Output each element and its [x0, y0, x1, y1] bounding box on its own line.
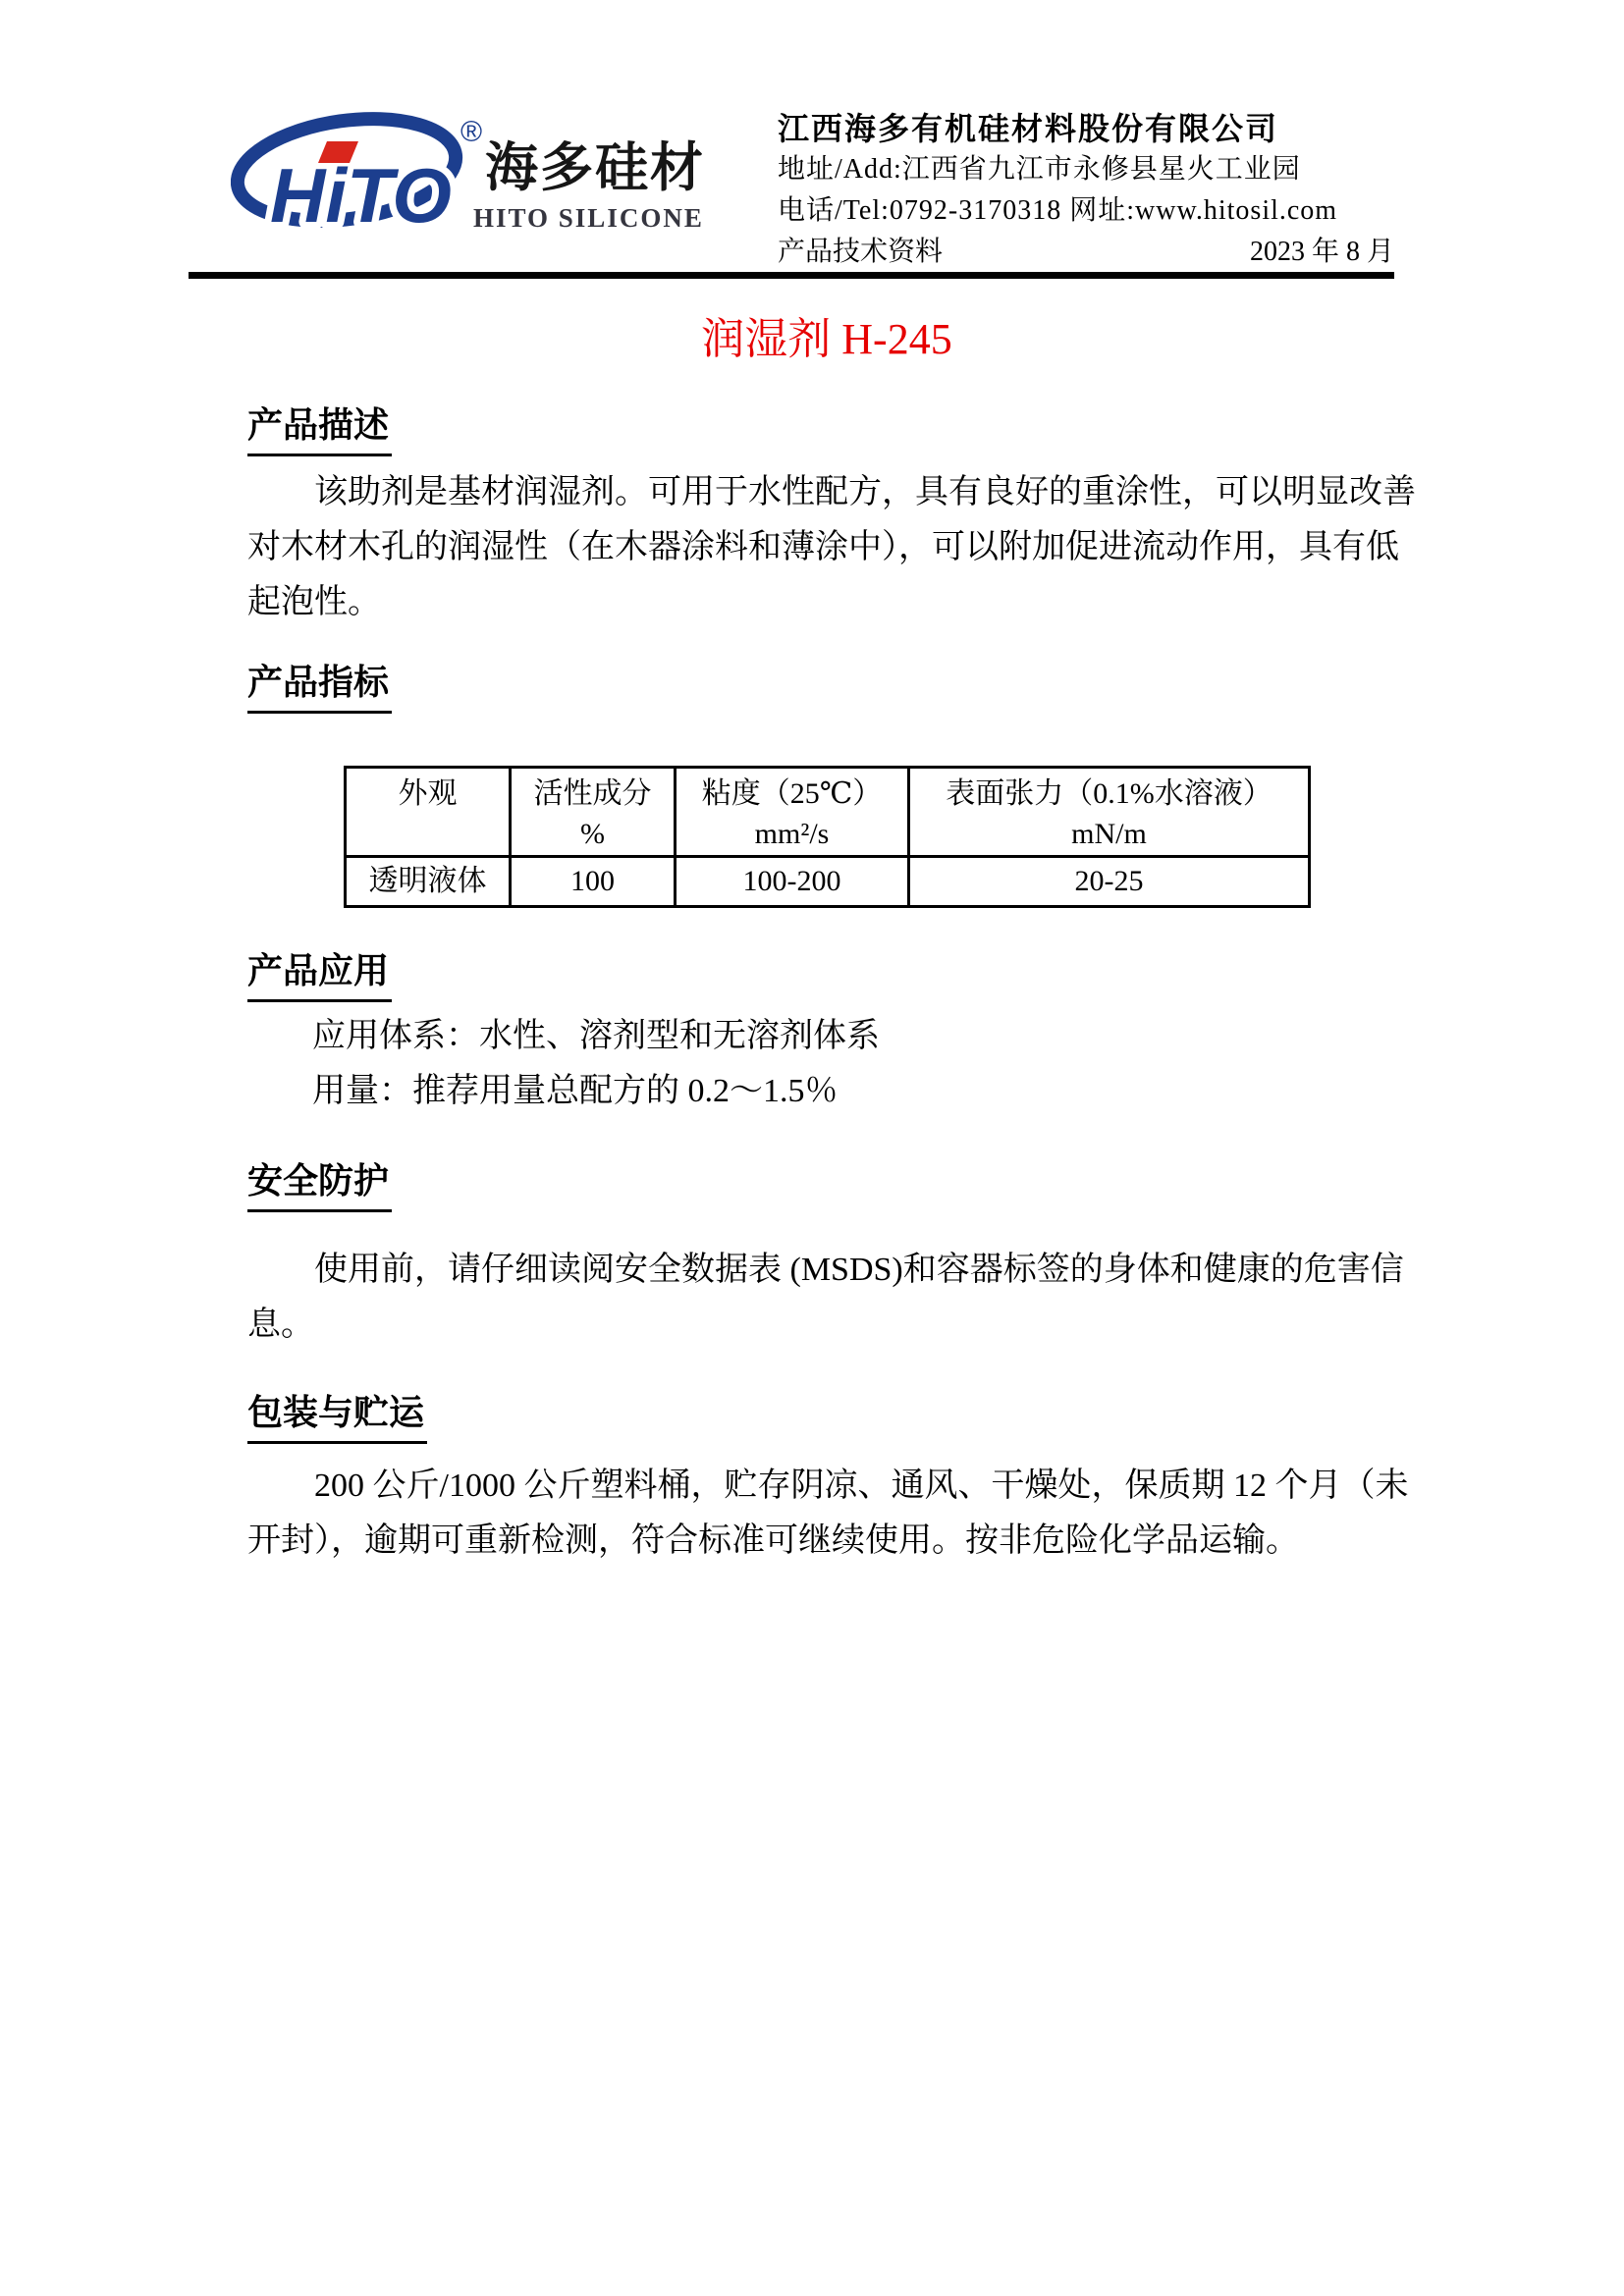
specs-table: 外观 活性成分 % 粘度（25℃） mm²/s 表面张力（0.1%水溶液） mN…: [344, 766, 1311, 908]
hito-logo: HiTO ®: [231, 86, 486, 243]
spec-header-cell-appearance: 外观: [346, 768, 511, 857]
paragraph-line: 息。: [247, 1298, 1411, 1353]
paragraph-line: 该助剂是基材润湿剂。可用于水性配方，具有良好的重涂性，可以明显改善: [247, 465, 1411, 520]
spec-header-cell-surface-tension: 表面张力（0.1%水溶液） mN/m: [909, 768, 1310, 857]
logo-wordmark: HiTO: [270, 152, 452, 239]
specs-table-header-row: 外观 活性成分 % 粘度（25℃） mm²/s 表面张力（0.1%水溶液） mN…: [346, 768, 1310, 857]
section-heading-description: 产品描述: [247, 402, 392, 456]
specs-table-data-row: 透明液体 100 100-200 20-25: [346, 857, 1310, 907]
paragraph-line: 应用体系：水性、溶剂型和无溶剂体系: [312, 1009, 1476, 1064]
spec-value-active-content: 100: [511, 857, 676, 907]
section-heading-packing: 包装与贮运: [247, 1390, 427, 1444]
company-info-block: 江西海多有机硅材料股份有限公司 地址/Add:江西省九江市永修县星火工业园 电话…: [778, 108, 1394, 273]
paragraph-line: 对木材木孔的润湿性（在木器涂料和薄涂中），可以附加促进流动作用，具有低: [247, 520, 1411, 575]
page: HiTO ® 海多硅材 HITO SILICONE 江西海多有机硅材料股份有限公…: [0, 0, 1624, 2296]
paragraph-line: 200 公斤/1000 公斤塑料桶，贮存阴凉、通风、干燥处，保质期 12 个月（…: [247, 1459, 1411, 1514]
safety-paragraph: 使用前，请仔细读阅安全数据表 (MSDS)和容器标签的身体和健康的危害信 息。: [247, 1243, 1411, 1353]
application-paragraph: 应用体系：水性、溶剂型和无溶剂体系 用量：推荐用量总配方的 0.2～1.5％: [312, 1009, 1476, 1119]
company-name: 江西海多有机硅材料股份有限公司: [778, 108, 1394, 149]
spec-value-appearance: 透明液体: [346, 857, 511, 907]
page-title: 润湿剂 H-245: [247, 312, 1406, 367]
paragraph-line: 用量：推荐用量总配方的 0.2～1.5％: [312, 1064, 1476, 1119]
section-heading-safety: 安全防护: [247, 1158, 392, 1212]
section-heading-application: 产品应用: [247, 948, 392, 1002]
section-heading-specs: 产品指标: [247, 660, 392, 714]
description-paragraph: 该助剂是基材润湿剂。可用于水性配方，具有良好的重涂性，可以明显改善 对木材木孔的…: [247, 465, 1411, 630]
company-address: 地址/Add:江西省九江市永修县星火工业园: [778, 149, 1394, 190]
spec-value-viscosity: 100-200: [676, 857, 909, 907]
doc-date: 2023 年 8 月: [1250, 232, 1394, 273]
spec-value-surface-tension: 20-25: [909, 857, 1310, 907]
company-phone-web: 电话/Tel:0792-3170318 网址:www.hitosil.com: [778, 190, 1394, 232]
spec-header-cell-viscosity: 粘度（25℃） mm²/s: [676, 768, 909, 857]
brand-cn-name: 海多硅材: [485, 139, 705, 196]
doc-type-label: 产品技术资料: [778, 232, 943, 273]
paragraph-line: 开封），逾期可重新检测，符合标准可继续使用。按非危险化学品运输。: [247, 1514, 1411, 1569]
packing-paragraph: 200 公斤/1000 公斤塑料桶，贮存阴凉、通风、干燥处，保质期 12 个月（…: [247, 1459, 1411, 1569]
registered-mark-icon: ®: [460, 116, 482, 148]
doc-meta-line: 产品技术资料 2023 年 8 月: [778, 232, 1394, 273]
spec-header-cell-active-content: 活性成分 %: [511, 768, 676, 857]
header-divider: [189, 272, 1394, 279]
brand-en-name: HITO SILICONE: [473, 200, 704, 236]
paragraph-line: 起泡性。: [247, 575, 1411, 630]
paragraph-line: 使用前，请仔细读阅安全数据表 (MSDS)和容器标签的身体和健康的危害信: [247, 1243, 1411, 1298]
